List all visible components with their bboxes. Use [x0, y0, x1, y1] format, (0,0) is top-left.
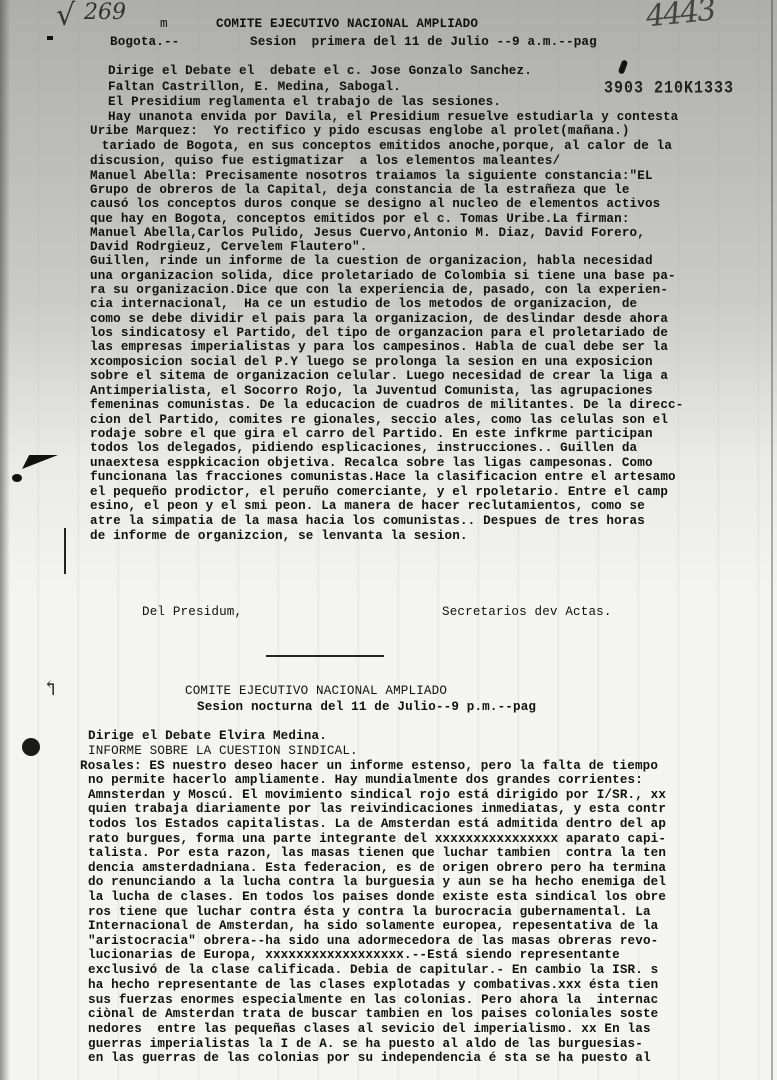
text-line: sobre el sitema de organizacion celular.…	[90, 369, 668, 383]
handwritten-page-number: 269	[84, 0, 126, 25]
text-line: Hay unanota envida por Davila, el Presid…	[108, 110, 678, 124]
text-line: ha hecho representante de las clases exp…	[88, 978, 658, 992]
text-line: rodaje sobre el que gira el carro del Pa…	[90, 427, 653, 441]
text-line: unaextesa esppkicacion objetiva. Recalca…	[90, 456, 653, 470]
torn-corner-blot	[22, 455, 58, 469]
text-line: Amnsterdan y Moscú. El movimiento sindic…	[88, 788, 666, 802]
text-line: Rosales: ES nuestro deseo hacer un infor…	[80, 759, 658, 773]
text-line: guerras imperialistas la I de A. se ha p…	[88, 1037, 643, 1051]
text-line: dencia amsterdadniana. Esta federacion, …	[88, 861, 666, 875]
archive-stamp: 3903 210K1333	[604, 79, 734, 99]
text-line: ciònal de Amsterdan trata de buscar tamb…	[88, 1007, 658, 1021]
session-two-subtitle: Sesion nocturna del 11 de Julio--9 p.m.-…	[197, 700, 536, 714]
text-line: las empresas imperialistas y para los ca…	[90, 340, 668, 354]
typed-m-mark: m	[160, 17, 168, 31]
margin-line-mark	[64, 528, 66, 574]
text-line: Antimperialista, el Socorro Rojo, la Juv…	[90, 384, 653, 398]
scanned-document-page: √ 269 4443 m 3903 210K1333 ↰ COMITE EJEC…	[0, 0, 777, 1080]
signature-secretaries: Secretarios dev Actas.	[442, 605, 612, 619]
text-line: David Rodrgieuz, Cervelem Flautero".	[90, 240, 367, 254]
text-line: Manuel Abella,Carlos Pulido, Jesus Cuerv…	[90, 226, 645, 240]
text-line: esino, el peon y el smi peon. La manera …	[90, 499, 645, 513]
text-line: El Presidium reglamenta el trabajo de la…	[108, 95, 501, 109]
text-line: la lucha de clases. En todos los paises …	[88, 890, 666, 904]
text-line: tariado de Bogota, en sus conceptos emit…	[94, 139, 672, 153]
checkmark-annotation: √	[56, 0, 75, 33]
text-line: todos los Estados capitalistas. La de Am…	[88, 817, 666, 831]
punch-hole-mark	[22, 738, 40, 756]
text-line: Manuel Abella: Precisamente nosotros tra…	[90, 169, 653, 183]
margin-blot	[47, 36, 53, 40]
text-line: femeninas comunistas. De la educacion de…	[90, 398, 683, 412]
text-line: Dirige el Debate el debate el c. Jose Go…	[108, 64, 532, 78]
text-line: causó los conceptos duros conque se desi…	[90, 197, 660, 211]
text-line: Internacional de Amsterdan, ha sido sola…	[88, 919, 658, 933]
text-line: Grupo de obreros de la Capital, deja con…	[90, 183, 630, 197]
text-line: talista. Por esta razon, las masas tiene…	[88, 846, 666, 860]
section-divider	[266, 655, 384, 657]
text-line: discusion, quiso fue estigmatizar a los …	[90, 154, 560, 168]
text-line: funcionana las fracciones comunistas.Hac…	[90, 470, 676, 484]
signature-presidium: Del Presidum,	[142, 605, 242, 619]
ink-blot	[618, 59, 628, 74]
text-line: ra su organizacion.Dice que con la exper…	[90, 283, 668, 297]
text-line: sus fuerzas enormes especialmente en las…	[88, 993, 658, 1007]
text-line: que hay en Bogota, conceptos emitidos po…	[90, 212, 630, 226]
text-line: atre la simpatia de la masa hacia los co…	[90, 514, 645, 528]
session-two-title: COMITE EJECUTIVO NACIONAL AMPLIADO	[185, 684, 447, 698]
text-line: Faltan Castrillon, E. Medina, Sabogal.	[108, 80, 401, 94]
handwritten-archive-number: 4443	[644, 0, 716, 34]
session-one-title: COMITE EJECUTIVO NACIONAL AMPLIADO	[216, 17, 478, 31]
text-line: los sindicatosy el Partido, del tipo de …	[90, 326, 668, 340]
text-line: Dirige el Debate Elvira Medina.	[88, 729, 327, 743]
ink-spot	[12, 474, 22, 482]
text-line: en las guerras de las colonias por su in…	[88, 1051, 651, 1065]
text-line: como se debe dividir el pais para la org…	[90, 312, 668, 326]
margin-pen-mark: ↰	[42, 676, 59, 700]
session-one-subtitle: Sesion primera del 11 de Julio --9 a.m.-…	[250, 35, 597, 49]
text-line: xcomposicion social del P.Y luego se pro…	[90, 355, 653, 369]
text-line: lucionarias de Europa, xxxxxxxxxxxxxxxxx…	[88, 948, 620, 962]
text-line: ros tiene que luchar contra ésta y contr…	[88, 905, 651, 919]
text-line: no permite hacerlo ampliamente. Hay mund…	[88, 773, 643, 787]
section-heading: INFORME SOBRE LA CUESTION SINDICAL.	[88, 744, 358, 758]
session-one-place: Bogota.--	[110, 35, 179, 49]
text-line: cia internacional, Ha ce un estudio de l…	[90, 297, 637, 311]
text-line: do renunciando a la lucha contra la burg…	[88, 875, 666, 889]
text-line: todos los delegados, pidiendo esplicacio…	[90, 441, 637, 455]
text-line: de informe de organizcion, se lenvanta l…	[90, 529, 468, 543]
text-line: una organizacion solida, dice proletaria…	[90, 269, 676, 283]
text-line: Uribe Marquez: Yo rectifico y pido escus…	[90, 124, 630, 138]
text-line: el pequeño prodictor, el peruño comercia…	[90, 485, 668, 499]
text-line: exclusivó de la clase calificada. Debia …	[88, 963, 658, 977]
text-line: cion del Partido, comites re gionales, s…	[90, 413, 668, 427]
text-line: "aristocracia" obrera--ha sido una adorm…	[88, 934, 658, 948]
text-line: nedores entre las pequeñas clases al sev…	[88, 1022, 651, 1036]
text-line: quien trabaja diariamente por las reivin…	[88, 802, 666, 816]
text-line: Guillen, rinde un informe de la cuestion…	[90, 254, 653, 268]
text-line: rato burgues, forma una parte integrante…	[88, 832, 666, 846]
